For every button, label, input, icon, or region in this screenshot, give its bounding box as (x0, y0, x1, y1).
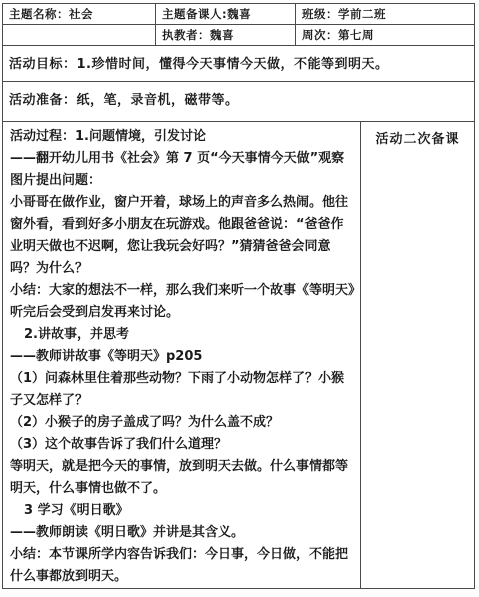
process-paragraph: 等明天，就是把今天的事情，放到明天去做。什么事情都等明天，什么事情也做不了。 (10, 456, 355, 500)
activity-goal-cell: 活动目标：1.珍惜时间，懂得今天事情今天做，不能等到明天。 (3, 46, 474, 81)
goal-row: 活动目标：1.珍惜时间，懂得今天事情今天做，不能等到明天。 (3, 46, 474, 82)
preparation-row: 活动准备：纸，笔，录音机，磁带等。 (3, 82, 474, 122)
lesson-plan-page: 主题名称：社会 主题备课人:魏喜 班级：学前二班 执教者：魏喜 周次：第七周 活… (0, 0, 479, 597)
process-paragraph: 小结：本节课所学内容告诉我们：今日事，今日做，不能把什么事都放到明天。 (10, 544, 355, 588)
theme-planner-cell: 主题备课人:魏喜 (156, 4, 296, 24)
activity-preparation-cell: 活动准备：纸，笔，录音机，磁带等。 (3, 82, 474, 121)
process-paragraph: 小结：大家的想法不一样，那么我们来听一个故事《等明天》听完后会受到启发再来讨论。 (10, 280, 355, 324)
process-paragraph: ——教师朗读《明日歌》并讲是其含义。 (10, 522, 355, 544)
process-paragraph: 2.讲故事，并思考 (10, 324, 355, 346)
header-row-2: 执教者：魏喜 周次：第七周 (3, 25, 474, 46)
class-name-cell: 班级：学前二班 (296, 4, 474, 24)
process-paragraph: 小哥哥在做作业，窗户开着，球场上的声音多么热闹。他往窗外看，看到好多小朋友在玩游… (10, 192, 355, 280)
process-paragraph: （2）小猴子的房子盖成了吗？为什么盖不成？ (10, 412, 355, 434)
process-paragraph: 活动过程：1.问题情境，引发讨论 (10, 126, 355, 148)
header-row-1: 主题名称：社会 主题备课人:魏喜 班级：学前二班 (3, 4, 474, 25)
week-cell: 周次：第七周 (296, 25, 474, 45)
teacher-cell: 执教者：魏喜 (156, 25, 296, 45)
theme-name-cell: 主题名称：社会 (3, 4, 156, 24)
process-paragraph: ——翻开幼儿用书《社会》第 7 页“今天事情今天做”观察图片提出问题： (10, 148, 355, 192)
process-paragraph: （1）问森林里住着那些动物？下雨了小动物怎样了？小猴子又怎样了？ (10, 368, 355, 412)
lesson-plan-table: 主题名称：社会 主题备课人:魏喜 班级：学前二班 执教者：魏喜 周次：第七周 活… (2, 3, 475, 589)
activity-process-cell: 活动过程：1.问题情境，引发讨论——翻开幼儿用书《社会》第 7 页“今天事情今天… (3, 122, 361, 588)
secondary-prep-note-cell: 活动二次备课 (361, 122, 474, 588)
process-paragraph: 3 学习《明日歌》 (10, 500, 355, 522)
process-paragraph: ——教师讲故事《等明天》p205 (10, 346, 355, 368)
process-paragraph: （3）这个故事告诉了我们什么道理？ (10, 434, 355, 456)
process-row: 活动过程：1.问题情境，引发讨论——翻开幼儿用书《社会》第 7 页“今天事情今天… (3, 122, 474, 588)
empty-cell (3, 25, 156, 45)
